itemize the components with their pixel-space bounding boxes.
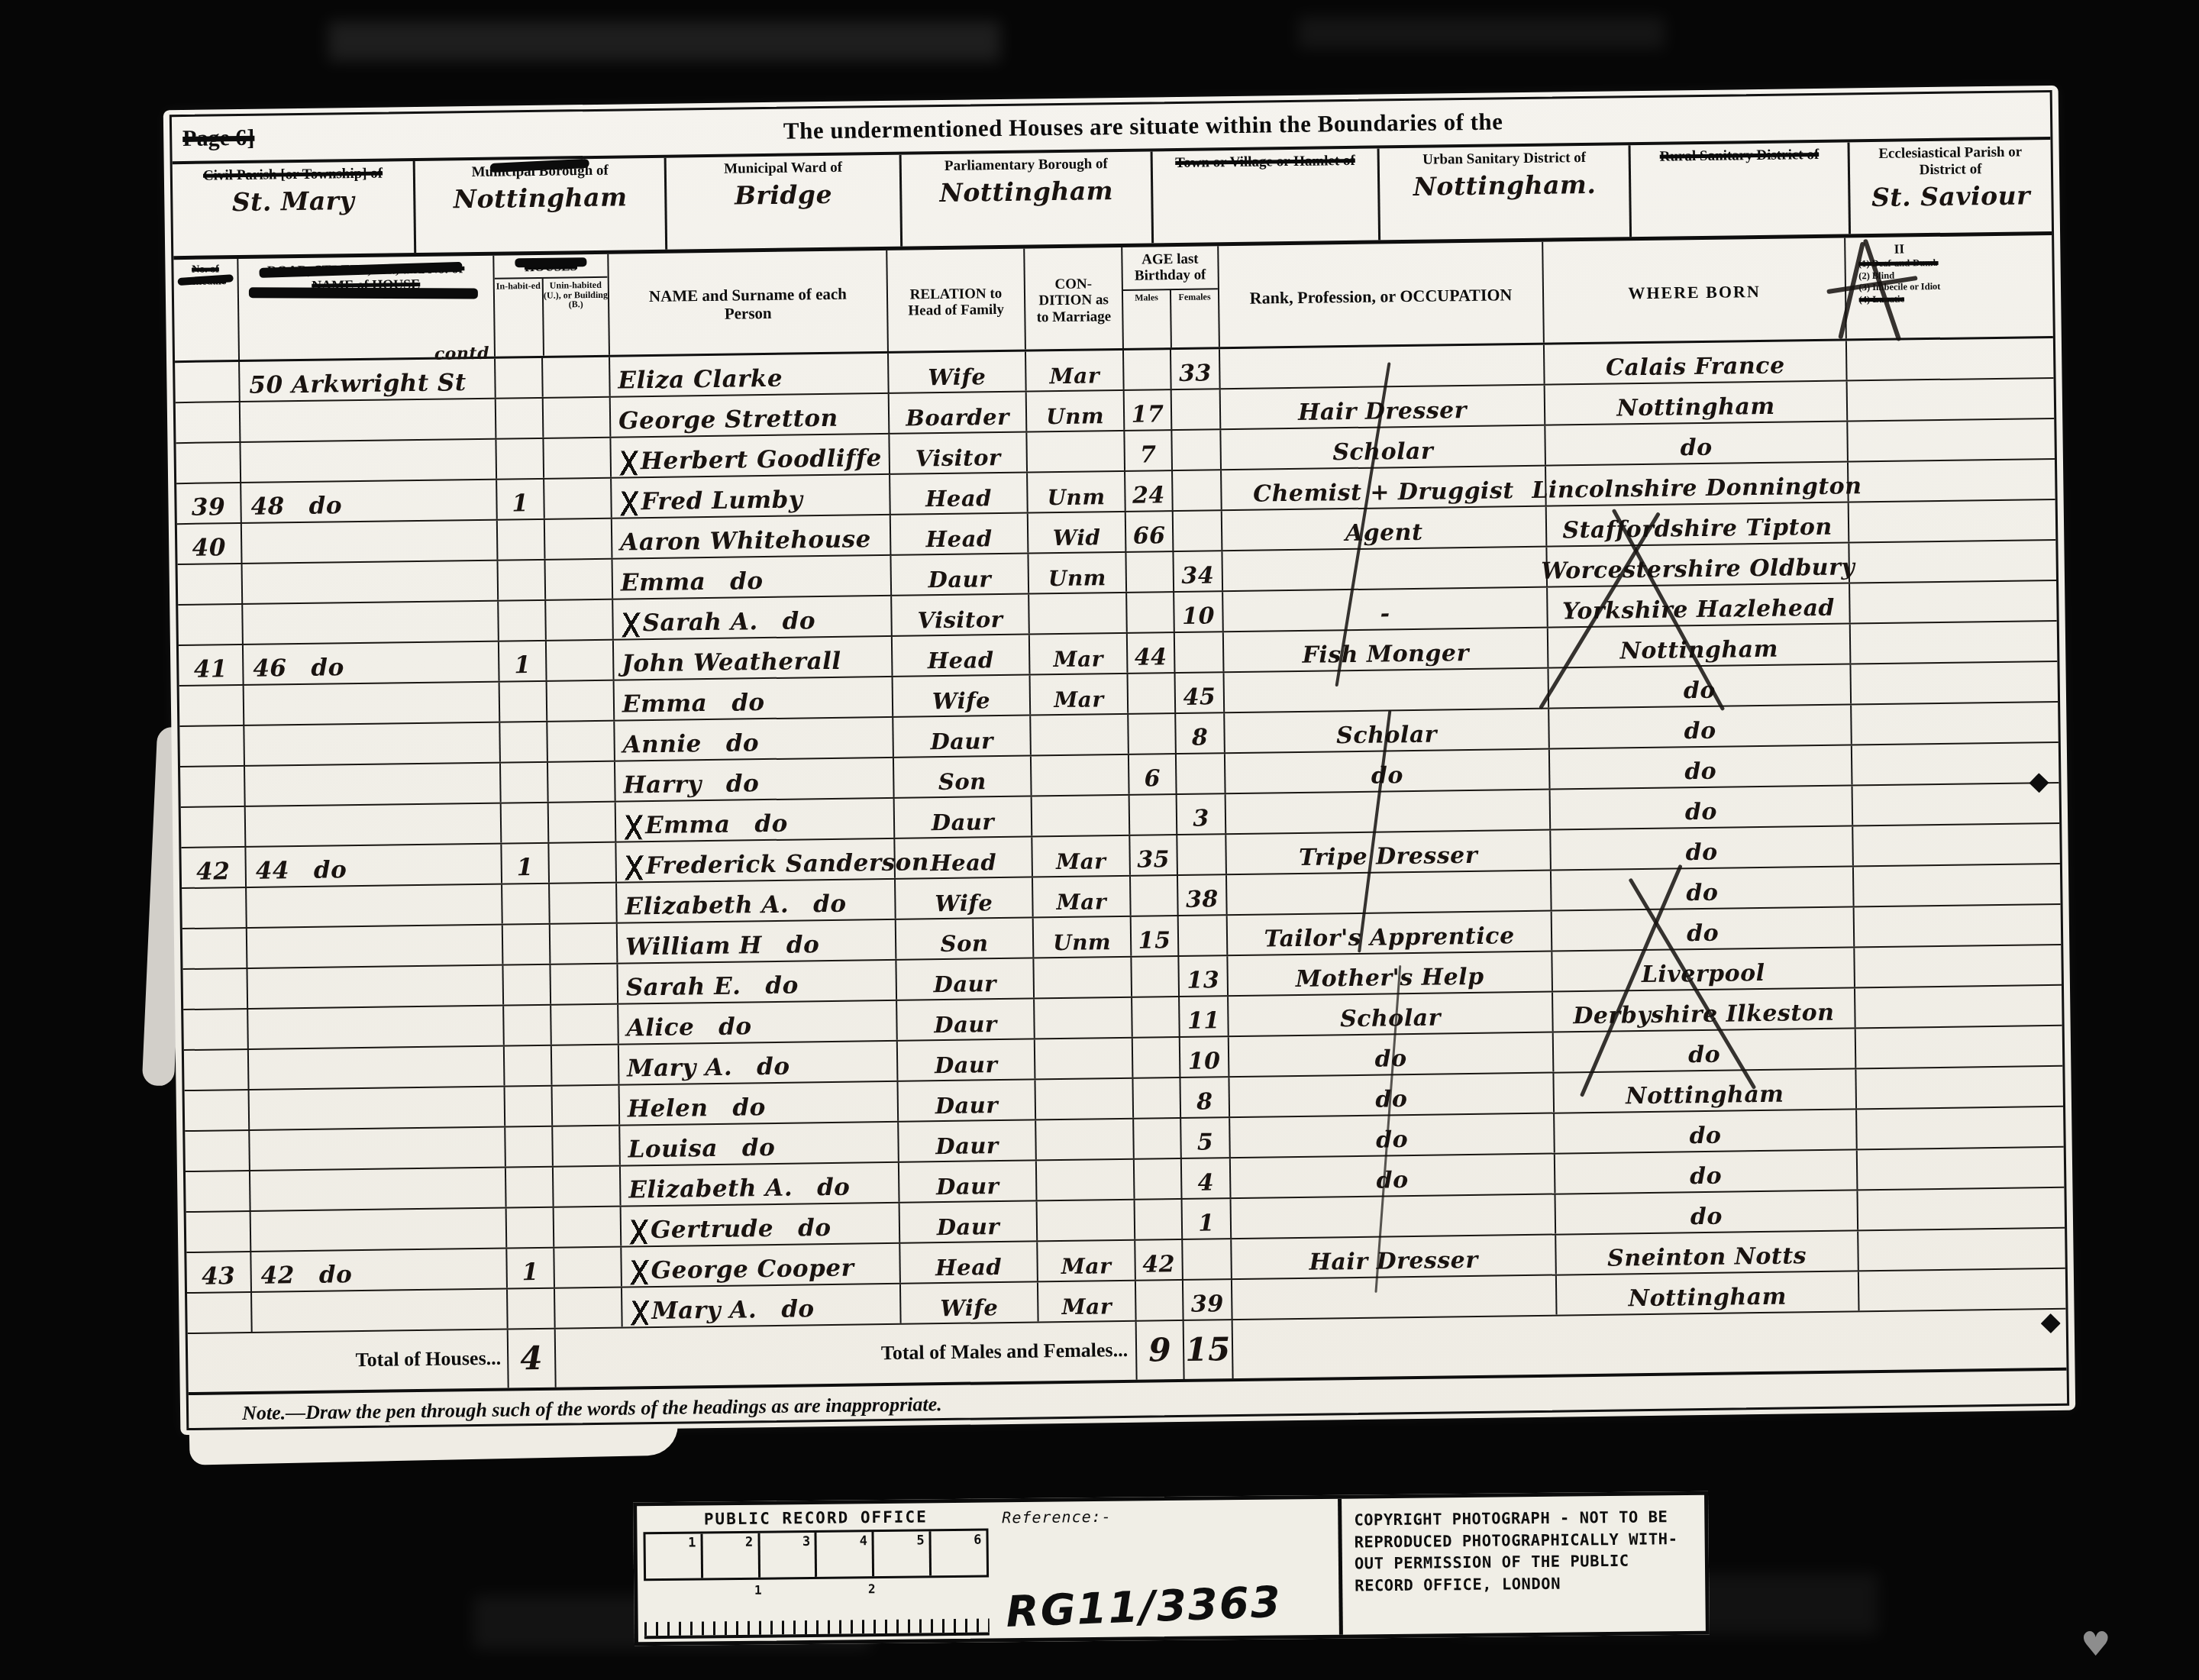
census-photograph: Page 6] The undermentioned Houses are si… <box>0 0 2199 1680</box>
cell-condition <box>1032 755 1130 796</box>
district-label: Municipal Borough of <box>471 163 608 181</box>
cell-infirmity <box>1849 542 1957 583</box>
cell-uninhabited <box>545 519 613 559</box>
cell-occupation: Fish Monger <box>1224 628 1549 672</box>
cell-age-female <box>1175 632 1225 672</box>
cell-uninhabited <box>551 1005 619 1045</box>
total-houses-label: Total of Houses... <box>188 1330 509 1392</box>
cell-age-male: 66 <box>1126 512 1174 551</box>
col-header-inhabited: In-habit-ed <box>495 279 544 357</box>
cell-name: Aaron Whitehouse <box>612 515 892 558</box>
col-header-age-label: AGE last Birthday of <box>1126 250 1214 284</box>
cell-schedule <box>178 564 244 604</box>
cell-road <box>250 1128 506 1170</box>
col-header-condition: CON- DITION as to Marriage <box>1025 247 1124 350</box>
cell-schedule: 42 <box>181 848 247 887</box>
houses-subheaders: In-habit-ed Unin-habited (U.), or Buildi… <box>495 276 609 357</box>
cell-occupation <box>1225 669 1550 712</box>
cell-where-born: Derbyshire Ilkeston <box>1553 988 1856 1031</box>
total-males-females-label: Total of Males and Females... <box>556 1322 1138 1388</box>
scale-boxes: 123456 <box>643 1529 989 1581</box>
cell-age-female: 1 <box>1183 1199 1232 1239</box>
district-cell: Municipal Borough of Nottingham <box>415 158 667 253</box>
cell-occupation <box>1232 1195 1557 1239</box>
cell-relation: Daur <box>896 958 1035 999</box>
cell-uninhabited <box>551 924 618 964</box>
cell-condition: Unm <box>1034 917 1132 958</box>
scale-box: 1 <box>645 1533 702 1578</box>
cell-age-female: 34 <box>1174 551 1223 591</box>
cell-age-male <box>1127 593 1175 632</box>
cell-inhabited: 1 <box>497 480 545 519</box>
ruler-number-1: 1 <box>754 1583 762 1598</box>
ink-blot <box>515 257 587 267</box>
cell-name: William H do <box>618 920 897 963</box>
district-value: Nottingham <box>939 176 1113 208</box>
cell-condition <box>1034 958 1132 998</box>
cell-where-born: Worcestershire Oldbury <box>1547 543 1850 586</box>
cell-name: Sarah A. do <box>613 596 893 639</box>
cell-occupation: Tripe Dresser <box>1226 831 1552 874</box>
cell-occupation <box>1226 790 1552 834</box>
cell-infirmity <box>1848 421 1955 461</box>
cell-infirmity <box>1858 1230 1966 1271</box>
cell-age-male: 24 <box>1125 471 1174 511</box>
cell-inhabited <box>503 965 551 1005</box>
cell-relation: Daur <box>900 1201 1038 1242</box>
district-label: Ecclesiastical Parish or District of <box>1855 144 2046 179</box>
cell-where-born: Lincolnshire Donnington <box>1546 462 1849 505</box>
cell-condition: Mar <box>1038 1281 1137 1322</box>
cell-schedule <box>187 1293 253 1333</box>
cell-age-female: 10 <box>1174 592 1224 632</box>
cell-infirmity <box>1848 380 1955 421</box>
cell-infirmity <box>1858 1190 1965 1230</box>
scale-box: 2 <box>702 1533 760 1578</box>
cell-condition <box>1027 431 1125 472</box>
cell-age-male <box>1132 957 1180 997</box>
cell-condition <box>1035 1079 1134 1119</box>
cell-schedule <box>185 1131 250 1171</box>
table-body: 50 Arkwright Stcontd Eliza Clarke Wife M… <box>175 338 2065 1334</box>
cell-inhabited <box>496 399 544 438</box>
cell-age-male <box>1133 1038 1181 1077</box>
cell-name: George Stretton <box>611 394 890 437</box>
cell-relation: Daur <box>897 999 1035 1039</box>
cell-inhabited: 1 <box>502 844 550 884</box>
cell-age-female: 11 <box>1180 997 1229 1036</box>
cell-schedule: 40 <box>177 524 243 564</box>
cell-infirmity <box>1855 947 1962 987</box>
cell-where-born: Nottingham <box>1557 1271 1860 1314</box>
cell-relation: Visitor <box>892 595 1030 635</box>
cell-age-female: 39 <box>1183 1280 1233 1320</box>
copyright-line: REPRODUCED PHOTOGRAPHICALLY WITH- <box>1355 1527 1705 1552</box>
cell-inhabited <box>506 1168 554 1207</box>
cell-road <box>243 561 499 603</box>
scale-box: 3 <box>760 1533 817 1578</box>
cell-infirmity <box>1854 866 1962 906</box>
cell-age-female: 5 <box>1181 1118 1231 1158</box>
cell-occupation: Agent <box>1222 507 1548 551</box>
cell-name: Mary A. do <box>619 1042 899 1084</box>
cell-infirmity <box>1858 1149 1965 1190</box>
pen-check-mark <box>619 451 639 475</box>
cell-inhabited <box>500 682 548 722</box>
district-label: Parliamentary Borough of <box>945 156 1108 175</box>
reference-value: RG11/3363 <box>1005 1578 1282 1637</box>
cell-age-female: 38 <box>1178 875 1228 915</box>
cell-uninhabited <box>544 438 612 478</box>
district-label: Rural Sanitary District of <box>1660 147 1820 166</box>
cell-inhabited: 1 <box>499 641 547 681</box>
cell-condition: Unm <box>1028 472 1126 512</box>
pen-check-mark <box>630 1260 650 1284</box>
title-spacer <box>1943 115 2050 116</box>
cell-road <box>247 966 504 1008</box>
district-label: Town or Village or Hamlet of <box>1175 153 1355 172</box>
district-cell: Town or Village or Hamlet of <box>1153 148 1381 243</box>
cell-road <box>246 804 502 846</box>
cell-name: Elizabeth A. do <box>617 880 896 922</box>
stamp-office-title: PUBLIC RECORD OFFICE <box>643 1507 988 1530</box>
cell-name: Mary A. do <box>622 1284 902 1327</box>
cell-relation: Head <box>900 1242 1038 1282</box>
cell-age-female <box>1177 835 1227 874</box>
cell-age-male <box>1129 674 1177 713</box>
cell-uninhabited <box>553 1126 621 1166</box>
cell-inhabited <box>503 925 551 964</box>
cell-relation: Daur <box>891 554 1029 595</box>
page-title: The undermentioned Houses are situate wi… <box>343 102 1943 150</box>
cell-schedule <box>182 969 248 1009</box>
cell-name: John Weatherall <box>614 637 893 680</box>
pen-check-mark <box>629 1220 649 1244</box>
cell-condition: Mar <box>1031 674 1129 715</box>
cell-occupation: Scholar <box>1221 426 1546 470</box>
cell-relation: Wife <box>901 1282 1039 1323</box>
cell-age-female: 45 <box>1176 673 1225 712</box>
cell-name: Eliza Clarke <box>610 354 890 396</box>
cell-relation: Head <box>891 514 1029 554</box>
stamp-copyright-section: COPYRIGHT PHOTOGRAPH - NOT TO BE REPRODU… <box>1338 1495 1706 1635</box>
cell-uninhabited <box>547 641 615 680</box>
cell-infirmity <box>1859 1271 1967 1311</box>
cell-age-male <box>1126 552 1174 592</box>
cell-age-male <box>1129 714 1177 754</box>
cell-name: Emma do <box>616 799 896 842</box>
col-header-occupation: Rank, Profession, or OCCUPATION <box>1219 242 1545 347</box>
cell-schedule <box>178 605 244 645</box>
cell-age-female: 8 <box>1176 713 1225 753</box>
col-header-relation-label: RELATION to Head of Family <box>896 285 1016 319</box>
cell-schedule <box>186 1171 251 1211</box>
cell-uninhabited <box>546 600 614 640</box>
cell-uninhabited <box>547 681 615 721</box>
col-header-condition-label: CON- DITION as to Marriage <box>1035 276 1112 325</box>
total-houses-value: 4 <box>509 1329 557 1388</box>
cell-relation: Boarder <box>890 393 1028 433</box>
stamp-reference-section: Reference:- RG11/3363 <box>994 1499 1339 1639</box>
cell-schedule <box>183 1010 249 1049</box>
cell-infirmity <box>1851 623 1958 664</box>
district-label: Municipal Ward of <box>724 160 842 178</box>
cell-condition <box>1029 593 1128 634</box>
cell-where-born: do <box>1551 786 1854 829</box>
cell-infirmity <box>1857 1109 1965 1149</box>
cell-age-female <box>1172 430 1222 470</box>
cell-condition <box>1038 1200 1136 1241</box>
total-females-value: 15 <box>1184 1320 1234 1379</box>
cell-occupation: Hair Dresser <box>1232 1236 1557 1279</box>
cell-name: Louisa do <box>620 1123 899 1165</box>
cell-schedule <box>186 1212 252 1252</box>
cell-occupation <box>1220 345 1545 389</box>
cell-occupation: Mother's Help <box>1228 952 1553 996</box>
cell-relation: Wife <box>893 676 1032 716</box>
cell-road <box>242 521 499 563</box>
cell-relation: Head <box>893 635 1031 676</box>
cell-road <box>241 399 497 441</box>
cell-schedule <box>180 767 246 806</box>
cell-schedule <box>182 888 247 928</box>
cell-condition: Mar <box>1030 634 1129 674</box>
cell-relation: Head <box>895 837 1033 877</box>
cell-infirmity <box>1856 1028 1964 1068</box>
cell-schedule: 39 <box>176 483 242 523</box>
cell-relation: Daur <box>898 1080 1036 1120</box>
cell-relation: Daur <box>899 1161 1038 1201</box>
cell-uninhabited <box>553 1086 621 1126</box>
cell-schedule: 41 <box>179 645 244 685</box>
pen-check-mark <box>621 612 641 637</box>
cell-age-female <box>1173 470 1222 510</box>
cell-road <box>248 1006 505 1048</box>
district-label: Civil Parish [or Township] of <box>203 166 383 185</box>
col-header-houses: HOUSES In-habit-ed Unin-habited (U.), or… <box>494 254 610 357</box>
cell-uninhabited <box>552 1045 620 1085</box>
cell-inhabited <box>504 1006 552 1045</box>
district-value: Nottingham <box>454 182 628 214</box>
cell-age-female: 13 <box>1179 956 1229 996</box>
cell-age-male: 6 <box>1129 754 1177 794</box>
col-header-name: NAME and Surname of each Person <box>609 250 889 355</box>
cell-inhabited <box>499 601 547 641</box>
cell-name: Annie do <box>615 718 894 761</box>
district-cell: Urban Sanitary District of Nottingham. <box>1380 145 1632 240</box>
cell-relation: Wife <box>889 352 1027 393</box>
col-header-relation: RELATION to Head of Family <box>887 249 1026 351</box>
cell-where-born: Liverpool <box>1552 948 1855 990</box>
cell-name: Elizabeth A. do <box>621 1163 900 1206</box>
cell-infirmity <box>1855 987 1963 1028</box>
cell-uninhabited <box>554 1167 622 1207</box>
cell-uninhabited <box>550 884 618 923</box>
cell-where-born: Staffordshire Tipton <box>1547 502 1850 545</box>
cell-occupation <box>1222 548 1548 591</box>
cell-road: 50 Arkwright Stcontd <box>240 359 496 401</box>
cell-infirmity <box>1853 785 1961 825</box>
cell-road <box>250 1087 506 1129</box>
district-cell: Parliamentary Borough of Nottingham <box>902 151 1154 246</box>
cell-condition: Mar <box>1033 877 1132 917</box>
col-header-born: WHERE BORN <box>1543 237 1847 342</box>
ink-blot <box>249 287 478 299</box>
cell-condition <box>1032 796 1131 836</box>
col-header-females: Females <box>1171 289 1219 347</box>
census-table: No. of Schedule ROAD, STREET, &c., and N… <box>173 235 2066 1395</box>
cell-occupation: - <box>1223 588 1548 632</box>
cell-road <box>249 1047 505 1089</box>
cell-age-male <box>1135 1159 1183 1199</box>
cell-condition <box>1035 998 1133 1039</box>
cell-schedule <box>182 929 248 968</box>
infirm-option-4: (4) Lunatic <box>1859 293 1941 306</box>
cell-uninhabited <box>544 479 612 519</box>
cell-where-born: do <box>1552 907 1855 950</box>
cell-infirmity <box>1850 583 1958 623</box>
cell-road <box>243 602 499 644</box>
cell-inhabited <box>499 561 547 600</box>
scale-box: 5 <box>874 1531 932 1576</box>
cell-inhabited <box>502 803 550 843</box>
cell-where-born: do <box>1552 867 1855 909</box>
cell-infirmity <box>1856 1068 1964 1109</box>
pen-check-mark <box>625 855 644 880</box>
cell-age-male: 44 <box>1128 633 1176 673</box>
district-cell: Rural Sanitary District of <box>1631 142 1851 237</box>
pen-check-mark <box>624 815 644 839</box>
cell-relation: Wife <box>896 877 1034 918</box>
cell-occupation <box>1232 1276 1558 1320</box>
cell-condition: Mar <box>1038 1241 1136 1281</box>
cell-occupation: Tailor's Apprentice <box>1228 912 1553 955</box>
cell-uninhabited <box>547 722 615 761</box>
cell-road <box>244 723 501 765</box>
col-header-born-label: WHERE BORN <box>1628 283 1761 303</box>
cell-inhabited <box>501 763 549 803</box>
cell-condition: Mar <box>1032 836 1131 877</box>
col-header-schedule: No. of Schedule <box>173 259 240 360</box>
cell-name: Helen do <box>620 1082 899 1125</box>
cell-schedule <box>176 443 241 483</box>
cell-where-born: do <box>1551 826 1854 869</box>
cell-uninhabited <box>554 1207 622 1247</box>
cell-age-male: 17 <box>1125 390 1173 430</box>
cell-road <box>247 926 504 968</box>
stamp-scale-section: PUBLIC RECORD OFFICE 123456 1 2 <box>637 1502 996 1642</box>
copyright-line: COPYRIGHT PHOTOGRAPH - NOT TO BE <box>1354 1506 1704 1531</box>
cell-age-male: 15 <box>1132 916 1180 956</box>
cell-where-born: Calais France <box>1545 341 1848 383</box>
cell-age-male: 42 <box>1135 1240 1183 1280</box>
cell-road <box>244 683 501 725</box>
cell-infirmity <box>1849 461 1956 502</box>
col-header-males: Males <box>1123 290 1172 348</box>
cell-road: 48 do <box>241 480 498 522</box>
cell-age-female <box>1179 916 1229 955</box>
cell-road <box>250 1168 507 1210</box>
cell-age-male <box>1130 795 1178 835</box>
cell-age-male <box>1136 1281 1184 1320</box>
cell-relation: Son <box>896 918 1035 958</box>
cell-where-born: Nottingham <box>1548 624 1852 667</box>
cell-condition <box>1036 1119 1135 1160</box>
heart-mark: ♥ <box>2081 1625 2110 1664</box>
col-header-age: AGE last Birthday of Males Females <box>1122 246 1220 348</box>
cell-age-female: 3 <box>1177 794 1227 834</box>
district-value: Nottingham. <box>1413 170 1597 202</box>
cell-relation: Visitor <box>890 433 1028 473</box>
cell-condition <box>1031 715 1129 755</box>
cell-where-born: do <box>1545 422 1849 464</box>
cell-schedule <box>185 1090 250 1130</box>
cell-occupation <box>1227 871 1552 915</box>
cell-road: 44 do <box>246 845 502 887</box>
cell-condition <box>1035 1039 1134 1079</box>
cell-road: 46 do <box>244 642 500 684</box>
cell-age-female: 8 <box>1180 1077 1230 1117</box>
cell-where-born: do <box>1555 1191 1858 1233</box>
cell-road <box>245 764 502 806</box>
cell-name: Gertrude do <box>622 1203 901 1246</box>
cell-uninhabited <box>543 357 611 397</box>
cell-uninhabited <box>549 803 617 842</box>
cell-age-female <box>1172 389 1222 429</box>
cell-inhabited: 1 <box>507 1249 555 1288</box>
cell-condition: Wid <box>1028 512 1127 553</box>
scale-box: 6 <box>932 1531 986 1576</box>
cell-uninhabited <box>549 843 617 883</box>
cell-relation: Daur <box>895 797 1033 838</box>
cell-uninhabited <box>551 964 618 1004</box>
col-header-occupation-label: Rank, Profession, or OCCUPATION <box>1250 286 1513 308</box>
cell-inhabited <box>505 1046 553 1086</box>
totals-row-blank <box>1233 1311 1968 1379</box>
cell-name: Emma do <box>615 677 894 720</box>
cell-uninhabited <box>544 398 612 438</box>
cell-condition: Unm <box>1027 391 1125 431</box>
cell-age-female <box>1177 754 1226 793</box>
cell-schedule <box>179 686 245 725</box>
pen-check-mark <box>630 1300 650 1325</box>
cell-relation: Daur <box>899 1120 1037 1161</box>
cell-infirmity <box>1849 502 1957 542</box>
cell-inhabited <box>505 1127 554 1167</box>
cell-condition: Unm <box>1028 553 1127 593</box>
cell-inhabited <box>505 1087 554 1126</box>
cell-age-female: 33 <box>1171 349 1221 389</box>
cell-where-born: Sneinton Notts <box>1556 1231 1859 1274</box>
cell-infirmity <box>1855 906 1962 947</box>
ruler-ticks: 1 2 <box>644 1581 990 1640</box>
cell-where-born: do <box>1555 1110 1858 1152</box>
cell-schedule <box>179 726 245 766</box>
col-header-name-label: NAME and Surname of each Person <box>630 286 866 325</box>
cell-uninhabited <box>548 762 616 802</box>
cell-condition: Mar <box>1026 351 1125 391</box>
copyright-line: RECORD OFFICE, LONDON <box>1355 1572 1705 1597</box>
cell-occupation: do <box>1225 750 1551 793</box>
cell-name: Harry do <box>615 758 895 801</box>
page-number-label: Page 6] <box>172 124 343 152</box>
cell-where-born: do <box>1550 745 1853 788</box>
cell-inhabited <box>508 1289 556 1329</box>
cell-age-male <box>1131 876 1179 916</box>
census-page-frame: Page 6] The undermentioned Houses are si… <box>170 90 2069 1430</box>
cell-name: Fred Lumby <box>612 475 891 518</box>
cell-name: Alice do <box>618 1001 898 1044</box>
